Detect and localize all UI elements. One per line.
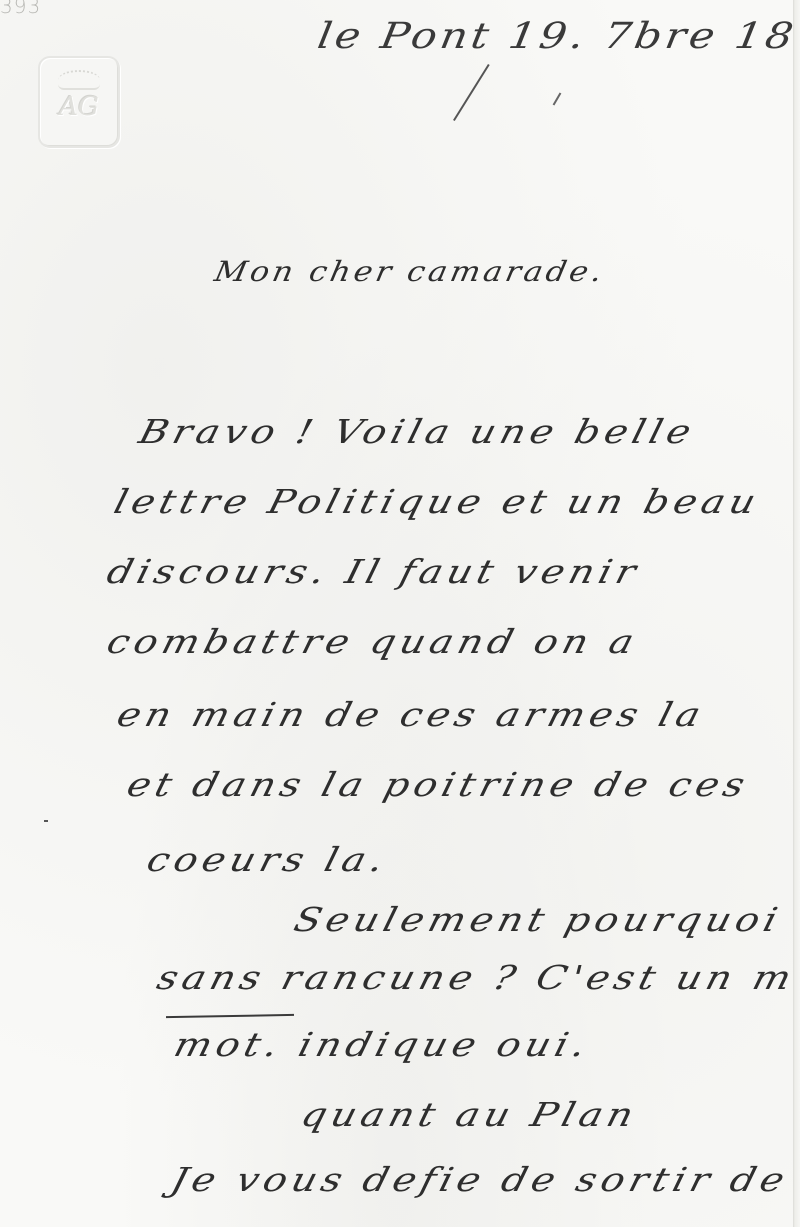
date-flourish [453,64,490,121]
body-line: combattre quand on a [103,622,643,661]
body-line: discours. Il faut venir [103,552,645,591]
body-line: sans rancune ? C'est un mauvais [153,958,800,997]
body-line: lettre Politique et un beau [110,482,764,521]
body-line: Seulement pourquoi [290,900,786,939]
ink-speck [44,820,48,822]
body-line: mot. indique oui. [170,1025,594,1064]
body-line: coeurs la. [143,840,392,879]
body-line: en main de ces armes la [113,695,709,734]
crown-icon [58,70,100,90]
body-line: quant au Plan [297,1095,642,1134]
letter-page: 393 AG le Pont 19. 7bre 1840 Mon cher ca… [0,0,793,1227]
embossed-crest-icon: AG [38,56,120,148]
text-underline [166,1014,294,1018]
paper-edge [793,0,800,1227]
body-line: et dans la poitrine de ces [123,765,753,804]
body-line: Je vous defie de sortir de [167,1160,793,1199]
date-tick-mark [553,92,562,105]
folio-number: 393 [0,0,41,18]
place-date-header: le Pont 19. 7bre 1840 [315,16,800,57]
body-line: Bravo ! Voila une belle [135,412,700,451]
monogram: AG [50,92,108,122]
salutation: Mon cher camarade. [212,255,608,288]
